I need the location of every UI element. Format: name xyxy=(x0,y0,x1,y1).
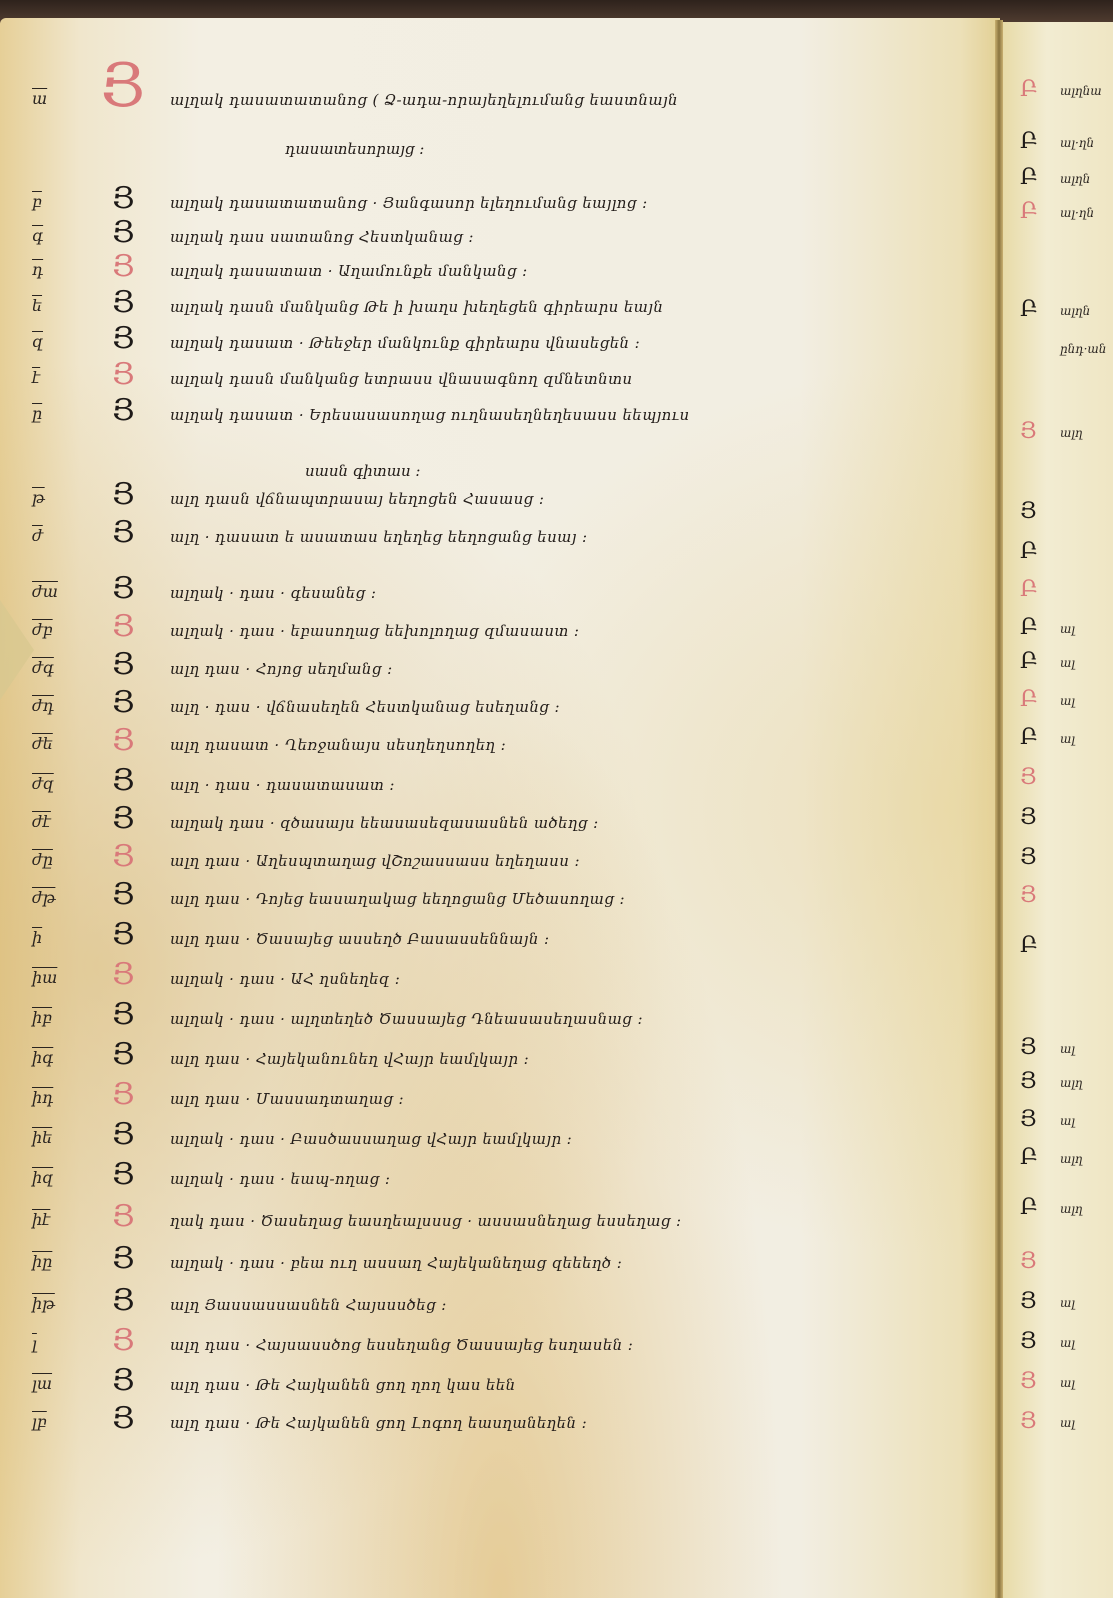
line-text: ալղակ · դաս · ԱՀ ղսնեղեզ ։ xyxy=(170,970,400,988)
book-gutter xyxy=(995,20,1003,1598)
manuscript-line: դՅալղակ դասատատ · Աղամունքե մանկանց ։ xyxy=(0,256,990,290)
initial-letter: Բ xyxy=(1020,1145,1038,1170)
line-text: ալղ դասն վճնապտրասայ եեղոցեն Հասասց ։ xyxy=(170,490,544,508)
initial-letter: Յ xyxy=(112,286,135,320)
right-page-initial: Յ xyxy=(1020,1250,1037,1274)
line-text: ալղակ դաս · զծասայս եեասասեզասասնեն ածեղ… xyxy=(170,814,599,832)
initial-letter: Բ xyxy=(1020,297,1038,322)
initial-letter: Յ xyxy=(1020,1329,1037,1354)
manuscript-line: էՅալղակ դասն մանկանց ետրասս վնասագնող զմ… xyxy=(0,364,990,398)
initial-letter: Յ xyxy=(1020,1035,1037,1060)
right-page-initial: Բ xyxy=(1020,934,1038,958)
initial-letter: Յ xyxy=(1020,1289,1037,1314)
right-page-text-fragment: ալղ xyxy=(1060,1076,1083,1090)
line-text: ալղ դաս · Հայեկանունեղ վՀայր եամլկայր ։ xyxy=(170,1050,529,1068)
margin-numeral: դ xyxy=(32,260,72,279)
margin-numeral: լբ xyxy=(32,1412,72,1431)
initial-letter: Յ xyxy=(112,610,135,644)
manuscript-line: լբՅալղ դաս · Թե Հայկանեն ցող Լոգող եասղա… xyxy=(0,1408,990,1442)
right-page-initial: Յ xyxy=(1020,500,1037,524)
line-text: ալղակ · դաս · եապ-ողաց ։ xyxy=(170,1170,390,1188)
line-text: ալղ · դաս · վճնասեղեն Հեստկանաց եսեղանց … xyxy=(170,698,560,716)
manuscript-line: եՅալղակ դասն մանկանց Թե ի խաղս խեղեցեն գ… xyxy=(0,292,990,326)
margin-numeral: գ xyxy=(32,226,72,245)
manuscript-line: իաՅալղակ · դաս · ԱՀ ղսնեղեզ ։ xyxy=(0,964,990,998)
right-page-initial: Բ xyxy=(1020,298,1038,322)
right-page-initial: Բ xyxy=(1020,130,1038,154)
line-text: ալղակ դասն մանկանց Թե ի խաղս խեղեցեն գիր… xyxy=(170,298,663,316)
right-page-text-fragment: ալ xyxy=(1060,622,1075,636)
initial-letter: Յ xyxy=(112,1038,135,1072)
line-text: ալղակ դասատատանոց · Յանգասոր ելեղումանց … xyxy=(170,194,648,212)
right-page-text-fragment: ալ·ղն xyxy=(1060,206,1094,220)
manuscript-line: աՅալղակ դասատատանոց ( Ձ-ադա-որայեղելումա… xyxy=(0,85,990,119)
margin-numeral: ի xyxy=(32,928,72,947)
initial-letter: Յ xyxy=(112,1200,135,1234)
margin-numeral: ը xyxy=(32,404,72,423)
initial-letter: Յ xyxy=(1020,883,1037,908)
initial-letter: Բ xyxy=(1020,577,1038,602)
line-text: ալղակ դաս սատանոց Հեստկանաց ։ xyxy=(170,228,474,246)
margin-numeral: ե xyxy=(32,296,72,315)
initial-letter: Յ xyxy=(112,1158,135,1192)
line-text: ալղակ դասատ · Երեսասասողաց ուղնասեղնեղես… xyxy=(170,406,690,424)
manuscript-line: ժթՅալղ դաս · Դոյեց եասաղակաց եեղոցանց Մե… xyxy=(0,884,990,918)
initial-letter: Յ xyxy=(112,1402,135,1436)
initial-letter: Յ xyxy=(112,724,135,758)
initial-letter: Յ xyxy=(1020,1249,1037,1274)
margin-numeral: ժը xyxy=(32,850,72,869)
right-page-initial: Բ xyxy=(1020,726,1038,750)
margin-numeral: զ xyxy=(32,332,72,351)
initial-letter: Յ xyxy=(1020,845,1037,870)
margin-numeral: բ xyxy=(32,192,72,211)
initial-letter: Բ xyxy=(1020,1195,1038,1220)
manuscript-line: լաՅալղ դաս · Թե Հայկանեն ցող ղող կաս եեն xyxy=(0,1370,990,1404)
right-page-text-fragment: ալղ xyxy=(1060,1152,1083,1166)
line-text: ալղակ դասատատ · Աղամունքե մանկանց ։ xyxy=(170,262,528,280)
margin-numeral: ժբ xyxy=(32,620,72,639)
margin-numeral: իա xyxy=(32,968,72,987)
margin-numeral: ժ xyxy=(32,526,72,545)
initial-letter: Բ xyxy=(1020,687,1038,712)
right-page-initial: Բ xyxy=(1020,650,1038,674)
initial-letter: Բ xyxy=(1020,539,1038,564)
right-page-initial: Բ xyxy=(1020,578,1038,602)
initial-letter: Յ xyxy=(112,648,135,682)
line-text: ալղակ · դաս · բեա ուղ ասսաղ Հայեկանեղաց … xyxy=(170,1254,622,1272)
margin-numeral: լ xyxy=(32,1334,72,1353)
right-page-text-fragment: ալ xyxy=(1060,1376,1075,1390)
initial-letter: Բ xyxy=(1020,649,1038,674)
manuscript-line: իըՅալղակ · դաս · բեա ուղ ասսաղ Հայեկանեղ… xyxy=(0,1248,990,1282)
manuscript-line: իէՅղակ դաս · Ծասեղաց եասղեալսսսց · ասսաս… xyxy=(0,1206,990,1240)
right-page-initial: Յ xyxy=(1020,1070,1037,1094)
margin-numeral: ա xyxy=(32,89,72,108)
initial-letter: Յ xyxy=(1020,1409,1037,1434)
manuscript-line: իգՅալղ դաս · Հայեկանունեղ վՀայր եամլկայր… xyxy=(0,1044,990,1078)
initial-letter: Յ xyxy=(112,478,135,512)
margin-numeral: իէ xyxy=(32,1210,72,1229)
margin-numeral: թ xyxy=(32,488,72,507)
initial-letter: Բ xyxy=(1020,199,1038,224)
right-page-text-fragment: ալղ xyxy=(1060,426,1083,440)
margin-numeral: ժզ xyxy=(32,774,72,793)
margin-numeral: իզ xyxy=(32,1168,72,1187)
right-page-initial: Բ xyxy=(1020,540,1038,564)
right-page-text-fragment: ալղ xyxy=(1060,1202,1083,1216)
line-text: ալղ դասատ · Ղեռջանայս սեսղեղսողեղ ։ xyxy=(170,736,506,754)
manuscript-line: ժբՅալղակ · դաս · եբասողաց եեխոլողաց զմաս… xyxy=(0,616,990,650)
margin-numeral: ժե xyxy=(32,734,72,753)
right-page-text-fragment: ալ xyxy=(1060,1042,1075,1056)
margin-numeral: իը xyxy=(32,1252,72,1271)
right-page-text-fragment: ալղնա xyxy=(1060,84,1102,98)
initial-letter: Բ xyxy=(1020,725,1038,750)
manuscript-line: ժգՅալղ դաս · Հոյոց սեղմանց ։ xyxy=(0,654,990,688)
line-text: ալղակ դասատատանոց ( Ձ-ադա-որայեղելումանց… xyxy=(170,91,678,109)
initial-letter: Յ xyxy=(1020,1069,1037,1094)
right-page-text-fragment: ալ xyxy=(1060,1416,1075,1430)
margin-numeral: ժա xyxy=(32,582,72,601)
initial-letter: Բ xyxy=(1020,165,1038,190)
line-text: ալղ · դաս · դասատասատ ։ xyxy=(170,776,395,794)
initial-letter: Յ xyxy=(112,322,135,356)
line-text: ալղ դաս · Աղեսպտաղաց վՇոշասսասս եղեղասս … xyxy=(170,852,580,870)
right-page-text-fragment: ալղն xyxy=(1060,172,1090,186)
right-page-initial: Բ xyxy=(1020,616,1038,640)
initial-letter: Յ xyxy=(112,686,135,720)
initial-letter: Յ xyxy=(1020,805,1037,830)
manuscript-line: ժեՅալղ դասատ · Ղեռջանայս սեսղեղսողեղ ։ xyxy=(0,730,990,764)
right-page-initial: Բ xyxy=(1020,1196,1038,1220)
line-text: ալղակ դասատ · Թեեջեր մանկունք գիրեարս վն… xyxy=(170,334,640,352)
margin-numeral: լա xyxy=(32,1374,72,1393)
right-page-initial: Յ xyxy=(1020,806,1037,830)
initial-letter: Յ xyxy=(112,1078,135,1112)
right-page-text-fragment: ալ xyxy=(1060,1336,1075,1350)
line-text: ալղ Յասսասսասնեն Հայսսսծեց ։ xyxy=(170,1296,447,1314)
manuscript-line: իեՅալղակ · դաս · Բասծասսաղաց վՀայր եամլկ… xyxy=(0,1124,990,1158)
initial-letter: Յ xyxy=(112,802,135,836)
margin-numeral: ժգ xyxy=(32,658,72,677)
initial-letter: Յ xyxy=(112,516,135,550)
right-page-initial: Յ xyxy=(1020,1036,1037,1060)
initial-letter: Յ xyxy=(112,1324,135,1358)
line-text: ալղակ դասն մանկանց ետրասս վնասագնող զմնե… xyxy=(170,370,632,388)
manuscript-line: ժէՅալղակ դաս · զծասայս եեասասեզասասնեն ա… xyxy=(0,808,990,842)
initial-letter: Յ xyxy=(112,182,135,216)
line-text: ալղակ · դաս · գեսանեց ։ xyxy=(170,584,376,602)
line-text: ալղ · դասատ ե ասատաս եղեղեց եեղոցանց եսա… xyxy=(170,528,588,546)
initial-letter: Յ xyxy=(112,1284,135,1318)
manuscript-line: ժդՅալղ · դաս · վճնասեղեն Հեստկանաց եսեղա… xyxy=(0,692,990,726)
initial-letter: Բ xyxy=(1020,615,1038,640)
initial-letter: Յ xyxy=(112,1364,135,1398)
initial-letter: Յ xyxy=(1020,1107,1037,1132)
right-page-text-fragment: ալ xyxy=(1060,1296,1075,1310)
right-page-initial: Յ xyxy=(1020,1370,1037,1394)
right-page-initial: Բ xyxy=(1020,688,1038,712)
line-continuation: դասատեսորայց ։ xyxy=(285,140,424,158)
initial-letter: Յ xyxy=(1020,1369,1037,1394)
line-text: ալղ դաս · Թե Հայկանեն ցող Լոգող եասղանեղ… xyxy=(170,1414,587,1432)
right-page-initial: Յ xyxy=(1020,1108,1037,1132)
manuscript-line: բՅալղակ դասատատանոց · Յանգասոր ելեղուման… xyxy=(0,188,990,222)
margin-numeral: իե xyxy=(32,1128,72,1147)
right-page-text-fragment: ալ xyxy=(1060,694,1075,708)
initial-letter: Բ xyxy=(1020,933,1038,958)
initial-letter: Յ xyxy=(112,216,135,250)
line-text: ալղ դաս · Ծասայեց ասսեղծ Բասասսեննայն ։ xyxy=(170,930,549,948)
margin-numeral: ժթ xyxy=(32,888,72,907)
manuscript-line: թՅալղ դասն վճնապտրասայ եեղոցեն Հասասց ։ xyxy=(0,484,990,518)
right-page-initial: Յ xyxy=(1020,766,1037,790)
manuscript-line: իբՅալղակ · դաս · ալղտեղեծ Ծասսայեց Դնեաս… xyxy=(0,1004,990,1038)
right-page-initial: Յ xyxy=(1020,846,1037,870)
manuscript-line: ժզՅալղ · դաս · դասատասատ ։ xyxy=(0,770,990,804)
manuscript-line: ժՅալղ · դասատ ե ասատաս եղեղեց եեղոցանց ե… xyxy=(0,522,990,556)
initial-letter: Յ xyxy=(1020,499,1037,524)
right-page-text-fragment: ընդ·ան xyxy=(1060,342,1106,356)
right-page-initial: Յ xyxy=(1020,884,1037,908)
initial-letter: Յ xyxy=(1020,419,1037,444)
manuscript-line: իՅալղ դաս · Ծասայեց ասսեղծ Բասասսեննայն … xyxy=(0,924,990,958)
line-text: ղակ դաս · Ծասեղաց եասղեալսսսց · ասսասնեղ… xyxy=(170,1212,682,1230)
initial-letter: Յ xyxy=(112,572,135,606)
line-continuation: սասն գիտաս ։ xyxy=(305,462,421,480)
right-page-initial: Բ xyxy=(1020,166,1038,190)
initial-letter: Յ xyxy=(112,878,135,912)
line-text: ալղ դաս · Հոյոց սեղմանց ։ xyxy=(170,660,393,678)
right-page-text-fragment: ալ xyxy=(1060,1114,1075,1128)
margin-numeral: է xyxy=(32,368,72,387)
margin-numeral: իթ xyxy=(32,1294,72,1313)
initial-letter: Յ xyxy=(112,1242,135,1276)
line-text: ալղ դաս · Թե Հայկանեն ցող ղող կաս եեն xyxy=(170,1376,516,1394)
right-page-initial: Բ xyxy=(1020,200,1038,224)
initial-letter: Յ xyxy=(100,69,146,103)
right-page-text-fragment: ալ·ղն xyxy=(1060,136,1094,150)
initial-letter: Յ xyxy=(112,764,135,798)
manuscript-line: ժըՅալղ դաս · Աղեսպտաղաց վՇոշասսասս եղեղա… xyxy=(0,846,990,880)
right-page-initial: Յ xyxy=(1020,1290,1037,1314)
margin-numeral: իգ xyxy=(32,1048,72,1067)
initial-letter: Յ xyxy=(112,394,135,428)
initial-letter: Բ xyxy=(1020,129,1038,154)
right-page-initial: Յ xyxy=(1020,420,1037,444)
right-page-initial: Յ xyxy=(1020,1410,1037,1434)
initial-letter: Յ xyxy=(112,250,135,284)
manuscript-line: գՅալղակ դաս սատանոց Հեստկանաց ։ xyxy=(0,222,990,256)
manuscript-line: իզՅալղակ · դաս · եապ-ողաց ։ xyxy=(0,1164,990,1198)
line-text: ալղ դաս · Հայսասսծոց եսսեղանց Ծասսայեց ե… xyxy=(170,1336,633,1354)
right-page-initial: Բ xyxy=(1020,1146,1038,1170)
initial-letter: Յ xyxy=(112,1118,135,1152)
right-page-initial: Բ xyxy=(1020,78,1038,102)
initial-letter: Յ xyxy=(112,840,135,874)
manuscript-line: ժաՅալղակ · դաս · գեսանեց ։ xyxy=(0,578,990,612)
initial-letter: Բ xyxy=(1020,77,1038,102)
line-text: ալղակ · դաս · ալղտեղեծ Ծասսայեց Դնեասասե… xyxy=(170,1010,643,1028)
manuscript-line: իթՅալղ Յասսասսասնեն Հայսսսծեց ։ xyxy=(0,1290,990,1324)
right-page-text-fragment: ալ xyxy=(1060,732,1075,746)
right-page-initial: Յ xyxy=(1020,1330,1037,1354)
initial-letter: Յ xyxy=(112,958,135,992)
initial-letter: Յ xyxy=(112,998,135,1032)
initial-letter: Յ xyxy=(1020,765,1037,790)
manuscript-line: իդՅալղ դաս · Մասսադտաղաց ։ xyxy=(0,1084,990,1118)
right-page-text-fragment: ալ xyxy=(1060,656,1075,670)
line-text: ալղ դաս · Դոյեց եասաղակաց եեղոցանց Մեծաս… xyxy=(170,890,625,908)
manuscript-line: ըՅալղակ դասատ · Երեսասասողաց ուղնասեղնեղ… xyxy=(0,400,990,434)
margin-numeral: ժէ xyxy=(32,812,72,831)
initial-letter: Յ xyxy=(112,358,135,392)
manuscript-line: զՅալղակ դասատ · Թեեջեր մանկունք գիրեարս … xyxy=(0,328,990,362)
initial-letter: Յ xyxy=(112,918,135,952)
margin-numeral: իբ xyxy=(32,1008,72,1027)
line-text: ալղակ · դաս · Բասծասսաղաց վՀայր եամլկայր… xyxy=(170,1130,572,1148)
manuscript-line: լՅալղ դաս · Հայսասսծոց եսսեղանց Ծասսայեց… xyxy=(0,1330,990,1364)
line-text: ալղ դաս · Մասսադտաղաց ։ xyxy=(170,1090,404,1108)
margin-numeral: ժդ xyxy=(32,696,72,715)
right-page-text-fragment: ալղն xyxy=(1060,304,1090,318)
margin-numeral: իդ xyxy=(32,1088,72,1107)
line-text: ալղակ · դաս · եբասողաց եեխոլողաց զմասաստ… xyxy=(170,622,579,640)
